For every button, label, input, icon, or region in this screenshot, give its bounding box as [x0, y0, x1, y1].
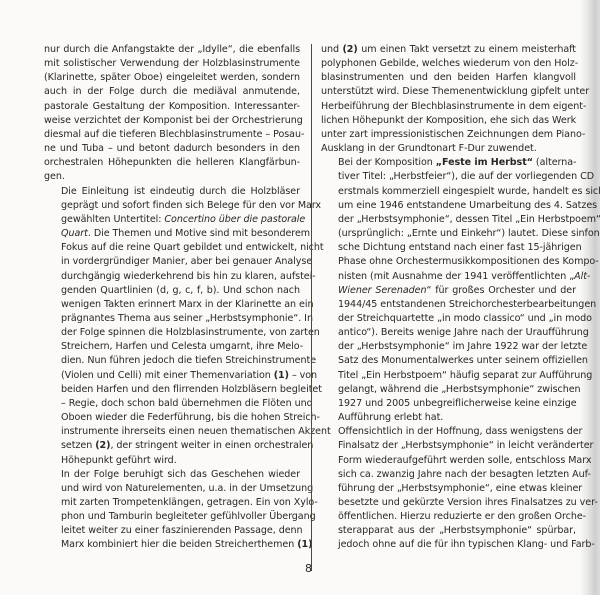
text-line: pastorale Gestaltung der Komposition. In… — [44, 100, 300, 114]
text-line: tiver Titel: „Herbstfeier“), die auf der… — [321, 170, 576, 184]
text-line: unter zart impressionistischen Zeichnung… — [321, 128, 576, 142]
text-line: dien. Nun führen jedoch die tiefen Strei… — [44, 354, 300, 368]
text-line: polyphonen Gebilde, welches wiederum von… — [321, 57, 576, 71]
text-line: durchgängig wiederkehrend bis hin zu kla… — [44, 270, 300, 284]
paragraph: nur durch die Anfangstakte der „Idylle“,… — [44, 43, 300, 185]
text-line: besetzte und gekürzte Version ihres Fina… — [321, 496, 576, 510]
emphasis-italic: Alt- — [574, 271, 590, 282]
text-line: Aufführung erlebt hat. — [321, 411, 576, 425]
text-line: unterstützt wird. Diese Themenentwicklun… — [321, 85, 576, 99]
emphasis-bold: (2) — [342, 44, 357, 55]
text-line: beiden Harfen und den flirrenden Holzblä… — [44, 383, 300, 397]
text-line: gewählten Untertitel: Concertino über di… — [44, 213, 300, 227]
emphasis-bold: (2) — [95, 440, 110, 451]
text-line: der Streichquartette „in modo classico“ … — [321, 312, 576, 326]
text-line: (ursprünglich: „Ernte und Einkehr“) laut… — [321, 227, 576, 241]
text-line: diesmal auf die tieferen Blechblasinstru… — [44, 128, 300, 142]
text-line: gelangt, während die „Herbstsymphonie“ z… — [321, 383, 576, 397]
text-line: genden Quartlinien (d, g, c, f, b). Und … — [44, 284, 300, 298]
text-line: – Regie, doch schon bald übernehmen die … — [44, 397, 300, 411]
text-line: In der Folge beruhigt sich das Geschehen… — [44, 468, 300, 482]
text-line: Titel „Ein Herbstpoem“ häufig separat zu… — [321, 369, 576, 383]
text-line: öffentlichen. Hierzu reduzierte er den g… — [321, 510, 576, 524]
text-line: erstmals kommerziell eingespielt wurde, … — [321, 185, 576, 199]
text-line: orchestralen Höhepunkten die helleren Kl… — [44, 156, 300, 170]
text-line: nisten (mit Ausnahme der 1941 veröffentl… — [321, 270, 576, 284]
text-line: wenigen Takten erinnert Marx in der Klar… — [44, 298, 300, 312]
text-line: blasinstrumenten und den beiden Harfen k… — [321, 71, 576, 85]
text-line: antico“). Bereits wenige Jahre nach der … — [321, 326, 576, 340]
text-line: geprägt und sofort finden sich Belege fü… — [44, 199, 300, 213]
text-line: (Klarinette, später Oboe) eingeleitet we… — [44, 71, 300, 85]
text-line: auch in der Folge durch die mediäval anm… — [44, 85, 300, 99]
text-line: mit zarten Trompetenklängen, getragen. E… — [44, 496, 300, 510]
text-line: weise verzichtet der Komponist bei der O… — [44, 114, 300, 128]
text-line: Offensichtlich in der Hoffnung, dass wen… — [321, 425, 576, 439]
text-line: führung der „Herbstsymphonie“, eine etwa… — [321, 482, 576, 496]
text-line: um eine 1946 entstandene Umarbeitung des… — [321, 199, 576, 213]
right-column: und (2) um einen Takt versetzt zu einem … — [321, 43, 576, 553]
text-line: jedoch ohne auf die für ihn typischen Kl… — [321, 538, 576, 552]
page-number: 8 — [305, 562, 312, 575]
text-line: Phase ohne Orchestermusikkompositionen d… — [321, 255, 576, 269]
text-line: gen. — [44, 170, 300, 184]
text-line: in vordergründiger Manier, aber bei gena… — [44, 255, 300, 269]
paragraph: Offensichtlich in der Hoffnung, dass wen… — [321, 425, 576, 552]
text-line: Streichern, Harfen und Celesta umgarnt, … — [44, 340, 300, 354]
text-line: Oboen wieder die Federführung, bis die h… — [44, 411, 300, 425]
text-line: (Violen und Celli) mit einer Themenvaria… — [44, 369, 300, 383]
text-line: Ausklang in der Grundtonart F-Dur zuwend… — [321, 142, 576, 156]
text-line: Quart. Die Themen und Motive sind mit be… — [44, 227, 300, 241]
paragraph: In der Folge beruhigt sich das Geschehen… — [44, 468, 300, 553]
emphasis-italic: Quart — [61, 228, 88, 239]
text-line: ne und Tuba – und betont dadurch besonde… — [44, 142, 300, 156]
text-line: Wiener Serenaden“ für großes Orchester u… — [321, 284, 576, 298]
text-line: phon und Tamburin begleiteter gefühlvoll… — [44, 510, 300, 524]
text-line: Herbeiführung der Blechblasinstrumente i… — [321, 100, 576, 114]
text-line: sich ca. zwanzig Jahre nach der besagten… — [321, 468, 576, 482]
text-line: Bei der Komposition „Feste im Herbst“ (a… — [321, 156, 576, 170]
text-line: 1944/45 entstandenen Streichorchesterbea… — [321, 298, 576, 312]
text-line: der Folge spinnen die Holzblasinstrument… — [44, 326, 300, 340]
paragraph: und (2) um einen Takt versetzt zu einem … — [321, 43, 576, 156]
text-line: der „Herbstsymphonie“, dessen Titel „Ein… — [321, 213, 576, 227]
text-line: der „Herbstsymphonie“ im Jahre 1922 war … — [321, 340, 576, 354]
paragraph: Bei der Komposition „Feste im Herbst“ (a… — [321, 156, 576, 425]
text-line: leitet weiter zu einer faszinierenden Pa… — [44, 524, 300, 538]
text-line: setzen (2), der stringent weiter in eine… — [44, 439, 300, 453]
emphasis-bold: (1) — [274, 370, 289, 381]
column-divider — [311, 44, 312, 571]
text-line: Höhepunkt geführt wird. — [44, 454, 300, 468]
text-line: lichen Höhepunkt der Komposition, ehe si… — [321, 114, 576, 128]
text-line: und wird von Naturelementen, u.a. in der… — [44, 482, 300, 496]
text-line: sche Dichtung entstand nach einer fast 1… — [321, 241, 576, 255]
paragraph: Die Einleitung ist eindeutig durch die H… — [44, 185, 300, 468]
text-line: Die Einleitung ist eindeutig durch die H… — [44, 185, 300, 199]
text-line: 1927 und 2005 unbegreiflicherweise keine… — [321, 397, 576, 411]
text-line: Fokus auf die reine Quart gebildet und e… — [44, 241, 300, 255]
text-line: sterapparat aus der „Herbstsymphonie“ sp… — [321, 524, 576, 538]
emphasis-italic: Wiener Serenaden — [338, 285, 427, 296]
emphasis-italic: Concertino über die pastorale — [164, 214, 305, 225]
text-line: prägnantes Thema aus seiner „Herbstsymph… — [44, 312, 300, 326]
text-line: Satz des Monumentalwerkes unter seinem o… — [321, 354, 576, 368]
left-column: nur durch die Anfangstakte der „Idylle“,… — [44, 43, 300, 553]
emphasis-bold: „Feste im Herbst“ — [436, 157, 533, 168]
text-line: und (2) um einen Takt versetzt zu einem … — [321, 43, 576, 57]
text-line: Marx kombiniert hier die beiden Streiche… — [44, 538, 300, 552]
text-line: instrumente ihrerseits einen neuen thema… — [44, 425, 300, 439]
text-line: nur durch die Anfangstakte der „Idylle“,… — [44, 43, 300, 57]
text-line: mit solistischer Verwendung der Holzblas… — [44, 57, 300, 71]
text-line: Form wiederaufgeführt werden solle, ents… — [321, 454, 576, 468]
text-line: Finalsatz der „Herbstsymphonie“ in leich… — [321, 439, 576, 453]
